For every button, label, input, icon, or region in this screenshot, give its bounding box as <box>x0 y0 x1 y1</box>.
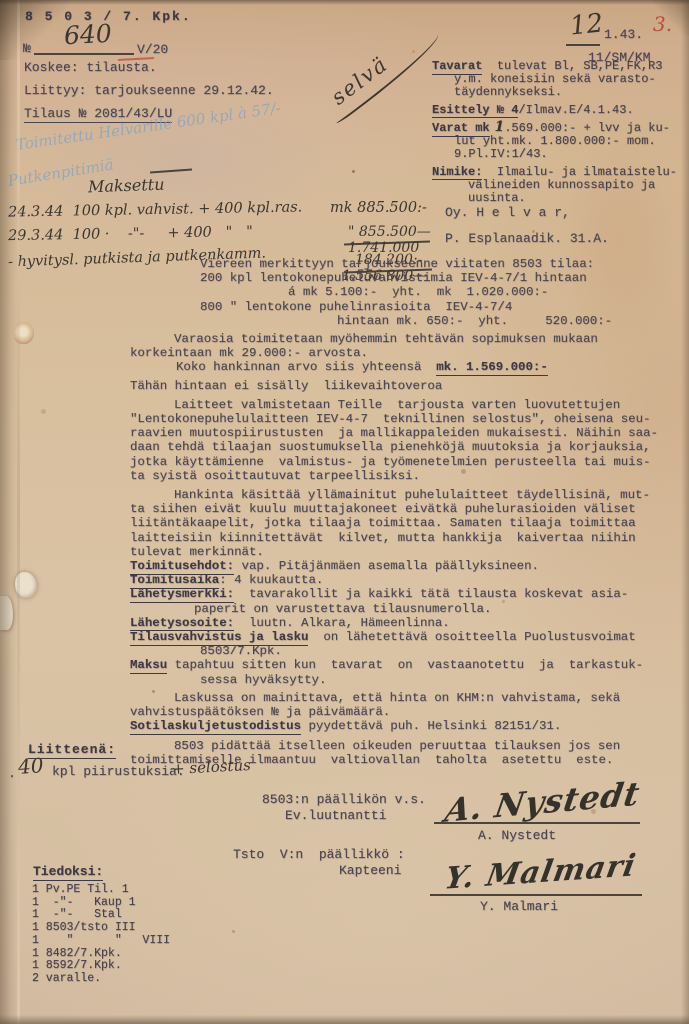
right-header-column: Tavarat tulevat Bl, SB,PE,FK,R3 y.m. kon… <box>432 60 682 205</box>
signer1-title: 8503:n päällikön v.s. <box>262 792 426 807</box>
typed-line: ta siihen eivät kuulu muuttajakoneet eiv… <box>130 502 678 516</box>
typed-line: korkeintaan mk 29.000:- arvosta. <box>130 346 678 360</box>
typed-line: tulevat merkinnät. <box>130 545 678 559</box>
typed-line: 8503/7.Kpk. <box>130 644 678 658</box>
terms-line: Toimitusehdot: vap. Pitäjänmäen asemalla… <box>130 559 678 573</box>
terms-line: Toimitusaika: 4 kuukautta. <box>130 573 678 587</box>
typed-line: Laskussa on mainittava, että hinta on KH… <box>130 691 678 705</box>
date-day-handwritten: 12 <box>569 8 605 41</box>
typed-line: vahvistuspäätöksen № ja päivämäärä. <box>130 705 678 719</box>
total-amount: mk. 1.569.000:- <box>436 360 548 376</box>
tavarat-line3: täydennykseksi. <box>432 86 682 99</box>
typed-line: laitteisiin kiinnitettävät kilvet, mutta… <box>130 531 678 545</box>
varat-line3: 9.Pl.IV:1/43. <box>432 148 682 161</box>
photo-edge-top <box>0 0 689 5</box>
signer1-rank: Ev.luutnantti <box>285 808 386 823</box>
signer2-rank: Kapteeni <box>339 863 401 878</box>
typed-line: Koko hankinnan arvo siis yhteensä mk. 1.… <box>130 360 678 374</box>
esittely-label: Esittely № 4 <box>432 103 518 119</box>
typed-line: raavien muutospiirustusten ja mallikappa… <box>130 426 678 440</box>
nimike-line3: uusinta. <box>432 192 682 205</box>
terms-line: Maksu tapahtuu sitten kun tavarat on vas… <box>130 658 678 672</box>
signer2-typed-name: Y. Malmari <box>480 899 558 914</box>
typed-line: ta syistä osoittautuvat tarpeellisiksi. <box>130 469 678 483</box>
maksu-label: Maksu <box>130 658 167 674</box>
signature2-line <box>430 894 642 896</box>
terms-line: Lähetysmerkki: tavarakollit ja kaikki tä… <box>130 587 678 601</box>
photo-edge-left <box>0 0 18 1024</box>
photo-corner-shadow-tl <box>0 0 70 60</box>
date-typed: 1.43. <box>604 27 643 42</box>
typed-line: 8503 pidättää itselleen oikeuden peruutt… <box>130 739 678 753</box>
document-photo: 8 5 0 3 / 7. Kpk. № 640 V/20 12 1.43. 3.… <box>0 0 689 1024</box>
distribution-item: 1 Pv.PE Til. 1 <box>32 884 170 897</box>
ledger-amount-1: mk 885.500:- <box>330 200 427 216</box>
maksettu-note: Maksettu <box>88 175 165 197</box>
typed-line: 200 kpl lentokonepuheluvahvistimia IEV-4… <box>130 271 678 285</box>
typed-line: paperit on varustettava tilausnumerolla. <box>130 602 678 616</box>
typed-line: 800 " lentokone puhelinrasioita IEV-4-7/… <box>130 300 678 314</box>
nimike-line2: välineiden kunnossapito ja <box>432 179 682 192</box>
typed-line: Varaosia toimitetaan myöhemmin tehtävän … <box>130 332 678 346</box>
typed-line: á mk 5.100:- yht. mk 1.020.000:- <box>130 285 678 299</box>
lahetysmerkki-label: Lähetysmerkki: <box>130 587 234 603</box>
photo-edge-bottom <box>0 1015 689 1024</box>
paper-speckles <box>352 170 355 173</box>
supplier-name: Oy. H e l v a r, <box>445 205 570 220</box>
typed-line: "Lentokonepuhelulaitteen IEV-4-7 teknill… <box>130 412 678 426</box>
attachment-typed: kpl piirustuksia. <box>52 764 185 779</box>
typed-line: Hankinta käsittää yllämainitut puhelulai… <box>130 488 678 502</box>
body-text: Viereen merkittyyn tarjoukseenne viitate… <box>130 257 678 767</box>
supplier-address: P. Esplanaadik. 31.A. <box>445 231 609 246</box>
signer1-typed-name: A. Nystedt <box>478 828 556 843</box>
typed-line: jotka käyttämienne valmistus- ja työmene… <box>130 455 678 469</box>
distribution-list: 1 Pv.PE Til. 1 1 -"- Kaup 1 1 -"- Stal 1… <box>32 884 170 986</box>
terms-line: Lähetysosoite: luutn. Alkara, Hämeenlinn… <box>130 616 678 630</box>
terms-line: Tilausvahvistus ja lasku on lähetettävä … <box>130 630 678 644</box>
attachment-qty-handwritten: 40 <box>17 753 44 779</box>
sotilaskuljetus-label: Sotilaskuljetustodistus <box>130 719 301 735</box>
typed-line: sessa hyväksytty. <box>130 673 678 687</box>
diary-number-handwritten: 640 <box>63 19 112 50</box>
ledger-amount-2: " 855.500— <box>348 224 431 240</box>
typed-line: Laitteet valmistetaan Teille tarjousta v… <box>130 398 678 412</box>
number-suffix: V/20 <box>137 42 168 57</box>
photo-corner-shadow-tr <box>649 0 689 36</box>
varat-handwritten-digit: 1 <box>490 119 505 135</box>
distribution-item: 1 " " VIII <box>32 935 170 948</box>
reference-line: Liittyy: tarjoukseenne 29.12.42. <box>24 83 274 98</box>
signature1-line <box>434 822 640 824</box>
typed-line: Viereen merkittyyn tarjoukseenne viitate… <box>130 257 678 271</box>
typed-line: liitäntäkaapelit, jotka tilaaja toimitta… <box>130 516 678 530</box>
date-underline <box>566 44 600 46</box>
photo-edge-right <box>681 0 689 1024</box>
subject-line: Koskee: tilausta. <box>24 60 157 75</box>
typed-line: Tähän hintaan ei sisälly liikevaihtovero… <box>130 379 678 393</box>
typed-line: hintaan mk. 650:- yht. 520.000:- <box>130 314 678 328</box>
signer2-title: Tsto V:n päällikkö : <box>233 847 405 862</box>
typed-line: daan tehdä tilaajan suostumuksella piene… <box>130 440 678 454</box>
distribution-item: 1 8503/tsto III <box>32 922 170 935</box>
distribution-item: 2 varalle. <box>32 973 170 986</box>
distribution-label: Tiedoksi: <box>33 864 103 881</box>
terms-line: Sotilaskuljetustodistus pyydettävä puh. … <box>130 719 678 733</box>
